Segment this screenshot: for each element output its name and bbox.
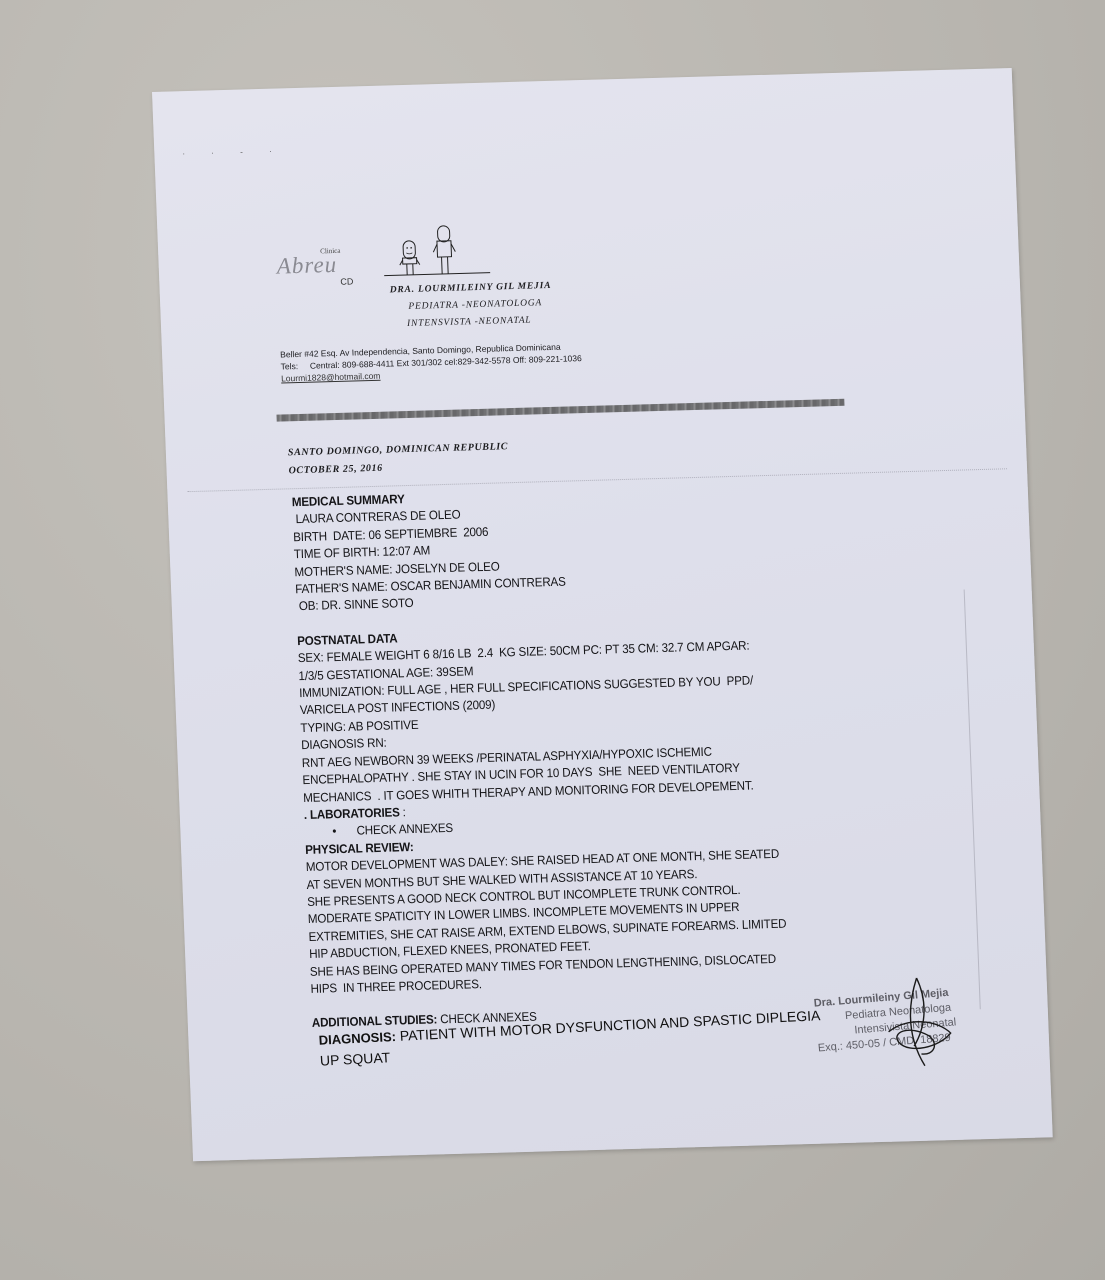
diagnosis-label: DIAGNOSIS: bbox=[318, 1029, 396, 1048]
doctor-name: DRA. LOURMILEINY GIL MEJIA bbox=[390, 281, 552, 296]
clinic-logo: Clinica Abreu CD bbox=[276, 246, 364, 288]
place-date-block: SANTO DOMINGO, DOMINICAN REPUBLIC OCTOBE… bbox=[288, 438, 510, 480]
header-divider bbox=[276, 399, 844, 422]
doctor-subspecialty: INTENSVISTA -NEONATAL bbox=[407, 315, 532, 328]
paper-crease bbox=[964, 590, 981, 1010]
signature-icon bbox=[876, 975, 960, 1072]
children-illustration-icon bbox=[380, 221, 492, 284]
clinic-name: Abreu bbox=[276, 252, 337, 280]
laboratories-colon: : bbox=[399, 805, 406, 819]
clinic-suffix: CD bbox=[340, 276, 353, 286]
doctor-specialty: PEDIATRA -NEONATOLOGA bbox=[408, 298, 542, 312]
laboratories-label: . LABORATORIES bbox=[304, 805, 400, 822]
paper-specks: · · - · bbox=[182, 146, 284, 158]
contact-block: Beller #42 Esq. Av Independencia, Santo … bbox=[280, 340, 582, 384]
document-body: MEDICAL SUMMARY LAURA CONTRERAS DE OLEO … bbox=[292, 479, 861, 1033]
document-page: · · - · Clinica Abreu CD DRA. LOURMILEIN… bbox=[152, 68, 1053, 1161]
letterhead: Clinica Abreu CD DRA. LOURMILEINY GIL ME… bbox=[276, 221, 842, 397]
